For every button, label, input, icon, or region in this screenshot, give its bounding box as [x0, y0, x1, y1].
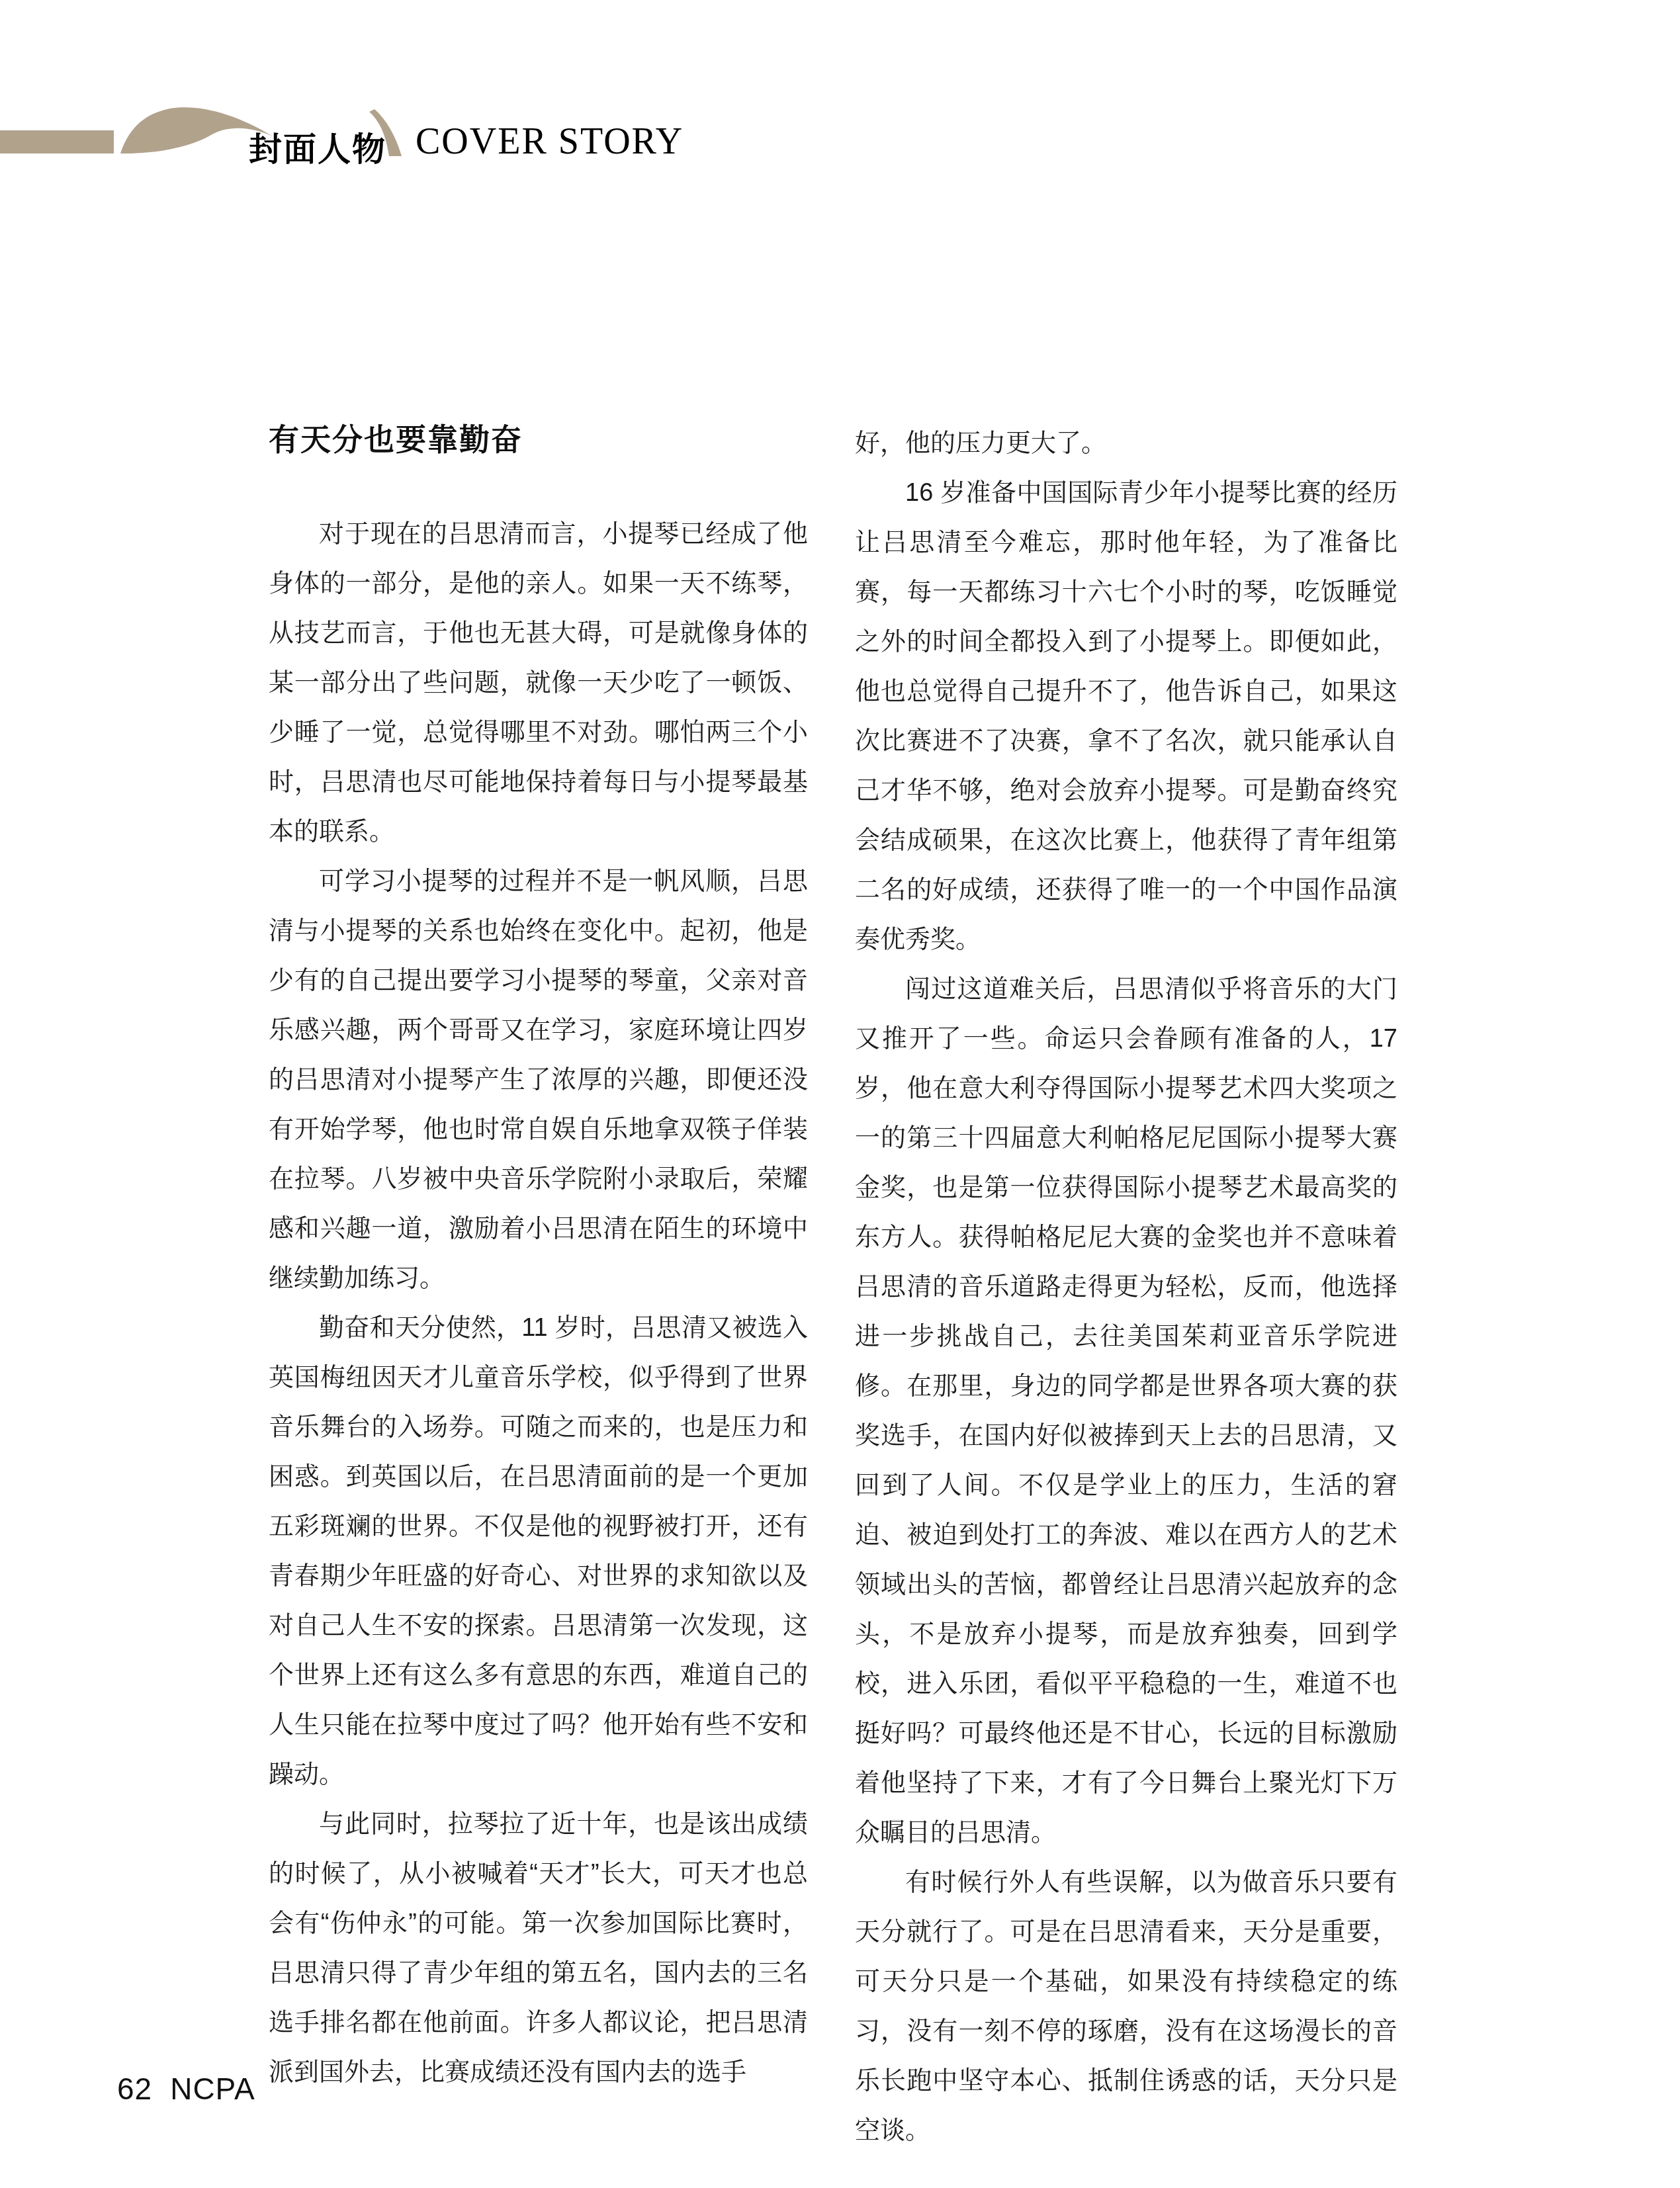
- paragraph: 与此同时，拉琴拉了近十年，也是该出成绩的时候了，从小被喊着“天才”长大，可天才也…: [269, 1800, 808, 2097]
- section-title-en: COVER STORY: [416, 120, 684, 163]
- paragraph: 可学习小提琴的过程并不是一帆风顺，吕思清与小提琴的关系也始终在变化中。起初，他是…: [269, 857, 808, 1303]
- paragraph: 闯过这道难关后，吕思清似乎将音乐的大门又推开了一些。命运只会眷顾有准备的人，17…: [855, 965, 1397, 1858]
- paragraph: 有时候行外人有些误解，以为做音乐只要有天分就行了。可是在吕思清看来，天分是重要，…: [855, 1858, 1397, 2156]
- page-number: 62: [117, 2071, 152, 2107]
- magazine-brand: NCPA: [170, 2071, 255, 2107]
- paragraph: 勤奋和天分使然，11 岁时，吕思清又被选入英国梅纽因天才儿童音乐学校，似乎得到了…: [269, 1303, 808, 1800]
- magazine-page: 封面人物 COVER STORY 有天分也要靠勤奋 对于现在的吕思清而言，小提琴…: [0, 0, 1680, 2188]
- section-title-cn: 封面人物: [249, 123, 386, 171]
- left-column: 对于现在的吕思清而言，小提琴已经成了他身体的一部分，是他的亲人。如果一天不练琴，…: [269, 509, 808, 2097]
- header-accent-bar: [0, 130, 114, 153]
- paragraph: 对于现在的吕思清而言，小提琴已经成了他身体的一部分，是他的亲人。如果一天不练琴，…: [269, 509, 808, 857]
- article-heading: 有天分也要靠勤奋: [269, 416, 523, 459]
- page-footer: 62 NCPA: [117, 2071, 255, 2107]
- paragraph: 16 岁准备中国国际青少年小提琴比赛的经历让吕思清至今难忘，那时他年轻，为了准备…: [855, 468, 1397, 965]
- right-column: 好，他的压力更大了。 16 岁准备中国国际青少年小提琴比赛的经历让吕思清至今难忘…: [855, 419, 1397, 2156]
- paragraph-continued: 好，他的压力更大了。: [855, 419, 1397, 468]
- crescent-swoosh-icon: [369, 109, 402, 157]
